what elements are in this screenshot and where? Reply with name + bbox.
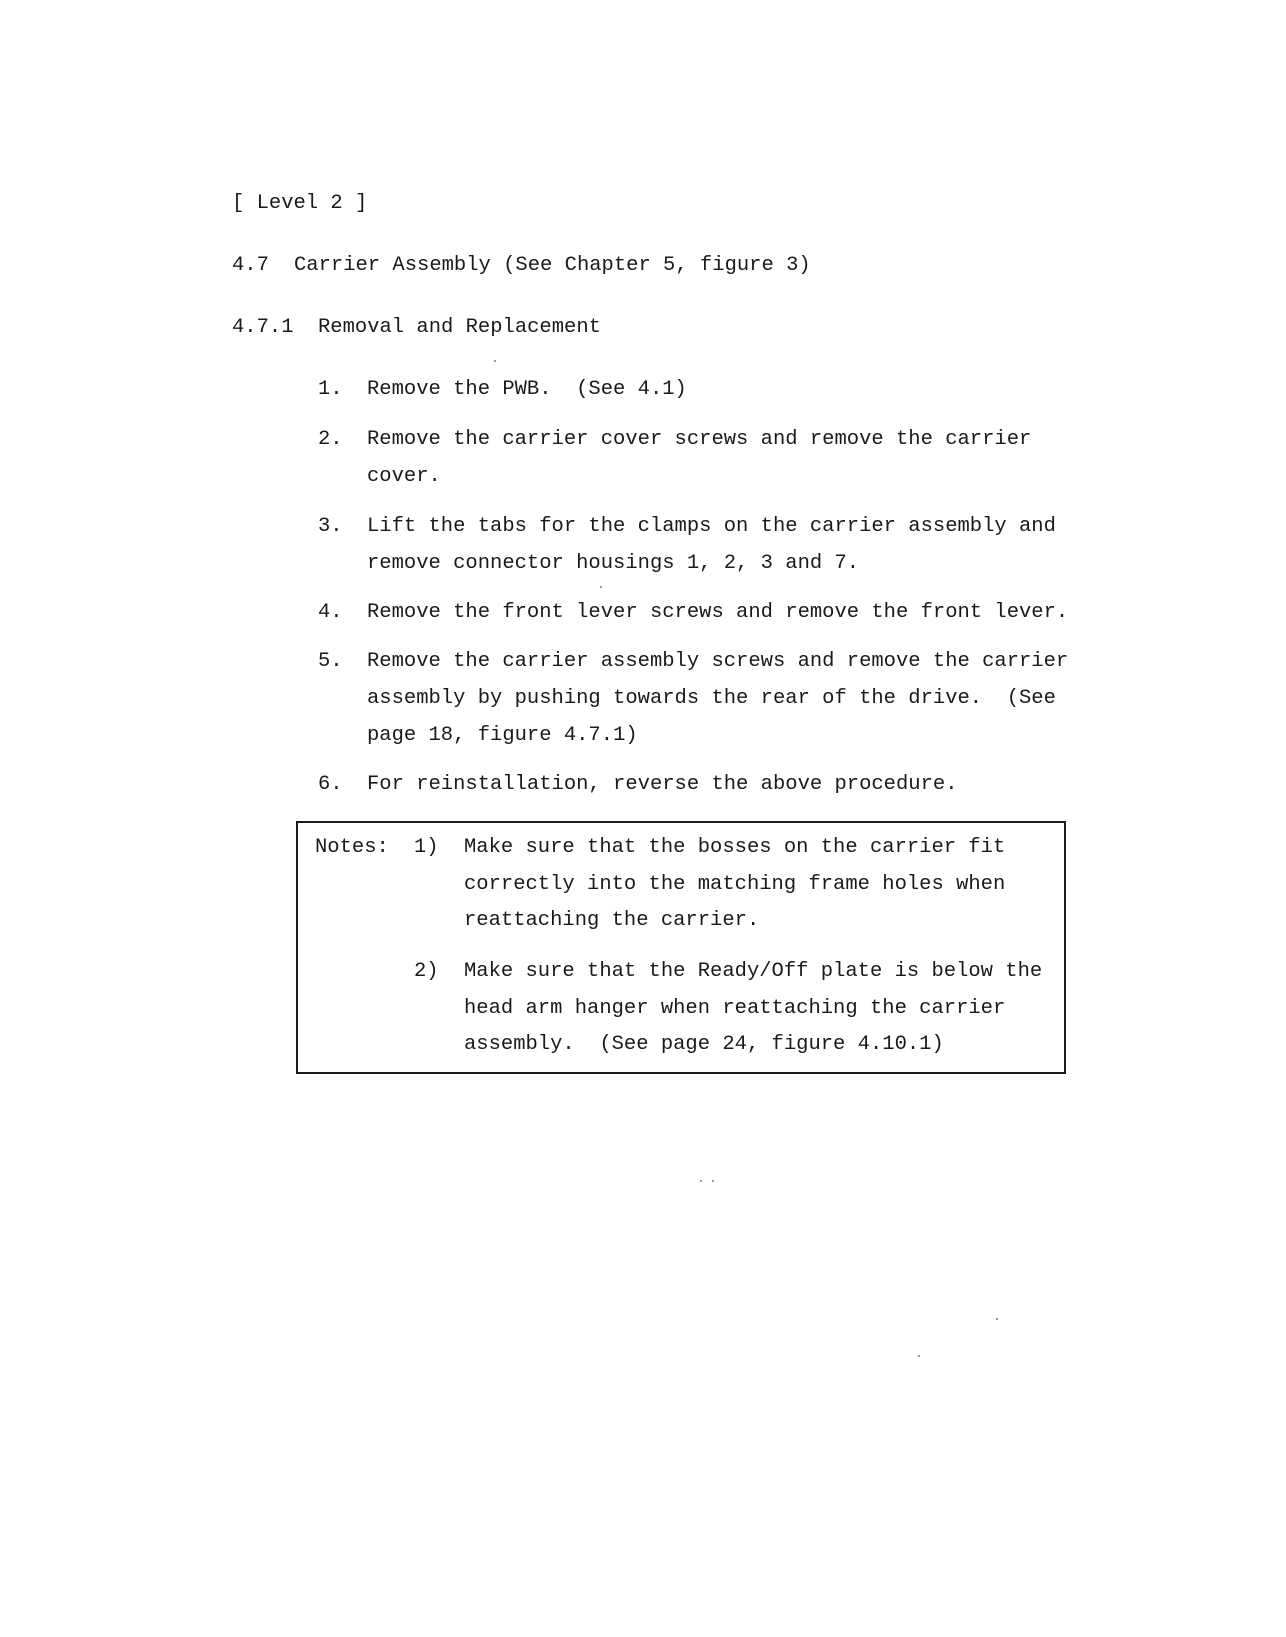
section-number: 4.7: [232, 254, 269, 277]
step-text: page 18, figure 4.7.1): [367, 724, 638, 747]
note-text: head arm hanger when reattaching the car…: [464, 997, 1005, 1020]
scan-speck: [918, 1355, 920, 1357]
step-text: Remove the PWB. (See 4.1): [367, 378, 687, 401]
notes-label: Notes:: [315, 836, 389, 859]
scan-speck: [996, 1318, 998, 1320]
step-number: 4.: [318, 601, 343, 624]
scan-speck: [600, 586, 602, 588]
step-text: Lift the tabs for the clamps on the carr…: [367, 515, 1056, 538]
note-text: correctly into the matching frame holes …: [464, 873, 1005, 896]
step-text: For reinstallation, reverse the above pr…: [367, 773, 958, 796]
step-number: 3.: [318, 515, 343, 538]
step-number: 6.: [318, 773, 343, 796]
step-text: Remove the front lever screws and remove…: [367, 601, 1068, 624]
note-number: 1): [414, 836, 439, 859]
subsection-number: 4.7.1: [232, 316, 294, 339]
scan-speck: [712, 1180, 714, 1182]
note-text: assembly. (See page 24, figure 4.10.1): [464, 1033, 944, 1056]
scan-speck: [700, 1180, 702, 1182]
note-number: 2): [414, 960, 439, 983]
subsection-title: Removal and Replacement: [318, 316, 601, 339]
note-text: Make sure that the Ready/Off plate is be…: [464, 960, 1042, 983]
scan-speck: [494, 360, 496, 362]
step-text: cover.: [367, 465, 441, 488]
level-tag: [ Level 2 ]: [232, 192, 367, 215]
step-number: 2.: [318, 428, 343, 451]
note-text: Make sure that the bosses on the carrier…: [464, 836, 1005, 859]
section-title: Carrier Assembly (See Chapter 5, figure …: [294, 254, 811, 277]
step-number: 1.: [318, 378, 343, 401]
step-number: 5.: [318, 650, 343, 673]
step-text: Remove the carrier assembly screws and r…: [367, 650, 1068, 673]
step-text: remove connector housings 1, 2, 3 and 7.: [367, 552, 859, 575]
step-text: Remove the carrier cover screws and remo…: [367, 428, 1031, 451]
step-text: assembly by pushing towards the rear of …: [367, 687, 1056, 710]
note-text: reattaching the carrier.: [464, 909, 759, 932]
